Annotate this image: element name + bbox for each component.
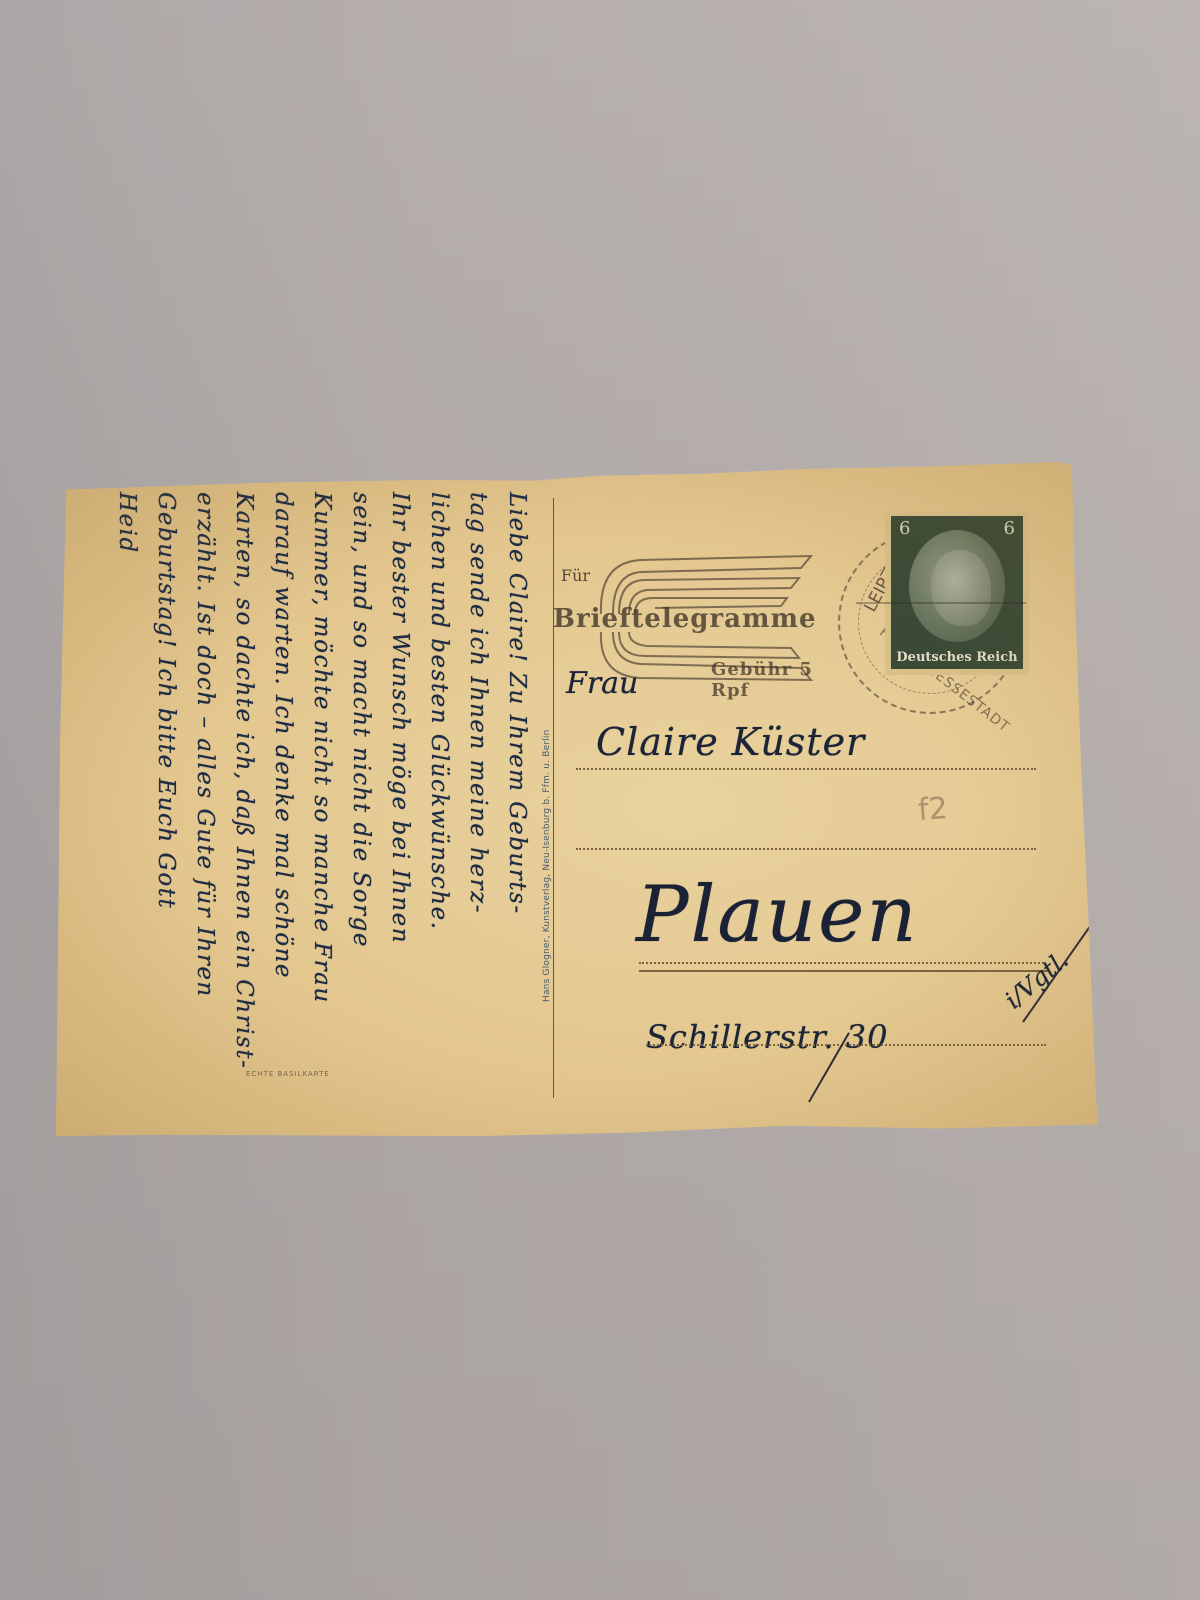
publisher-imprint: Hans Glogner, Kunstverlag, Neu-Isenburg … bbox=[542, 729, 552, 1002]
stamp-denomination-left: 6 bbox=[899, 518, 910, 539]
pencil-note: f2 bbox=[917, 791, 949, 828]
handwritten-message: Liebe Claire! Zu Ihrem Geburts- tag send… bbox=[107, 492, 536, 1092]
address-salutation: Frau bbox=[566, 666, 638, 701]
slogan-postmark: Für Brieftelegramme Gebühr 5 Rpf bbox=[561, 544, 821, 684]
stamp-denomination-right: 6 bbox=[1004, 518, 1015, 539]
address-street: Schillerstr. 30 bbox=[646, 1018, 889, 1056]
address-city: Plauen bbox=[636, 870, 919, 960]
message-line: darauf warten. Ich denke mal schöne bbox=[263, 492, 302, 1092]
message-line: Liebe Claire! Zu Ihrem Geburts- bbox=[497, 492, 536, 1092]
postage-stamp: 6 6 Deutsches Reich bbox=[885, 510, 1029, 675]
stamp-face: 6 6 Deutsches Reich bbox=[891, 516, 1023, 669]
stamp-country: Deutsches Reich bbox=[891, 650, 1023, 665]
card-type-label: ECHTE BASILKARTE bbox=[246, 1070, 330, 1078]
slogan-line-1: Für bbox=[561, 566, 590, 585]
slogan-line-2: Brieftelegramme bbox=[553, 604, 817, 634]
message-line: Geburtstag! Ich bitte Euch Gott bbox=[146, 492, 185, 1092]
center-divider bbox=[553, 498, 554, 1098]
postcard: Liebe Claire! Zu Ihrem Geburts- tag send… bbox=[56, 462, 1098, 1152]
address-line-2 bbox=[576, 848, 1036, 850]
address-line-3 bbox=[639, 962, 1044, 964]
address-line-1 bbox=[576, 768, 1036, 770]
message-line: erzählt. Ist doch – alles Gute für Ihren bbox=[185, 492, 224, 1092]
address-recipient-name: Claire Küster bbox=[596, 720, 865, 764]
portrait-medallion-icon bbox=[909, 530, 1005, 642]
portrait-head-icon bbox=[931, 550, 991, 626]
message-line: Ihr bester Wunsch möge bei Ihnen bbox=[380, 492, 419, 1092]
slogan-line-3: Gebühr 5 Rpf bbox=[711, 659, 821, 701]
cancel-bar bbox=[856, 602, 1026, 604]
message-line: sein, und so macht nicht die Sorge bbox=[341, 492, 380, 1092]
message-line: Karten, so dachte ich, daß Ihnen ein Chr… bbox=[224, 492, 263, 1092]
message-line: Heid bbox=[107, 492, 146, 1092]
address-line-4 bbox=[646, 1044, 1046, 1046]
message-line: tag sende ich Ihnen meine herz- bbox=[458, 492, 497, 1092]
message-line: lichen und besten Glückwünsche. bbox=[419, 492, 458, 1092]
city-underline bbox=[639, 970, 1049, 972]
message-line: Kummer, möchte nicht so manche Frau bbox=[302, 492, 341, 1092]
